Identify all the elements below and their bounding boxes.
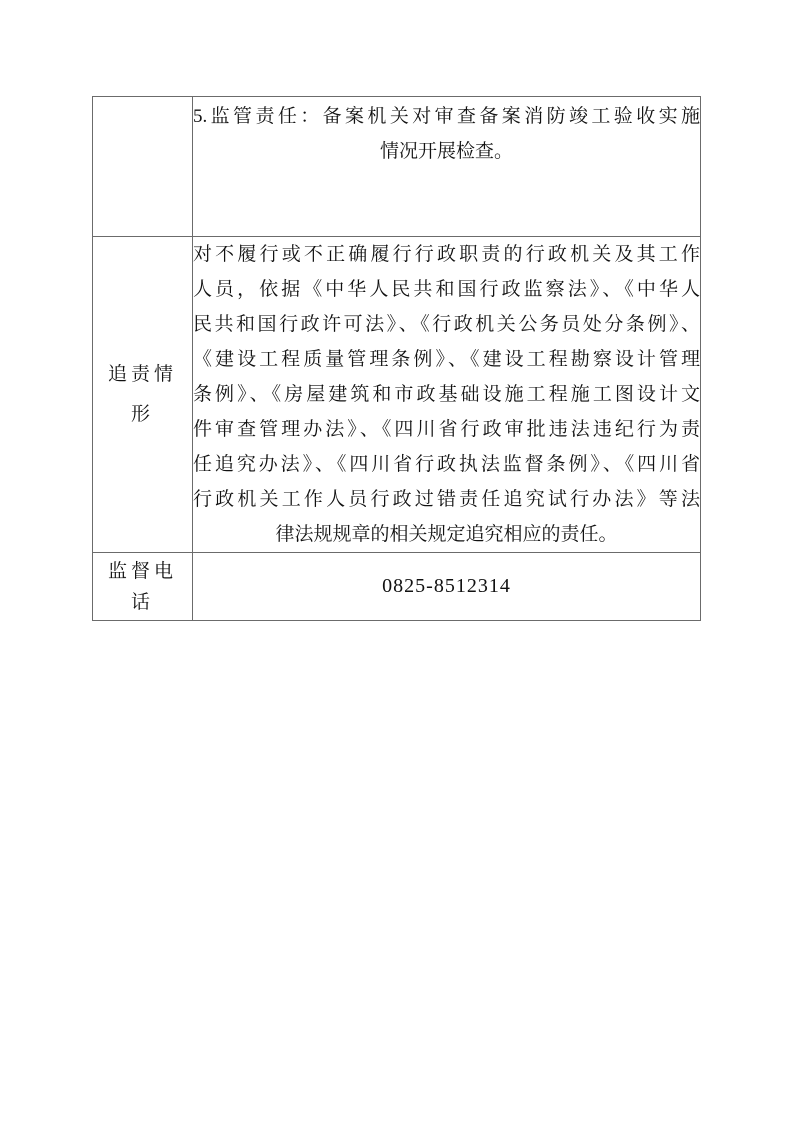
supervision-phone-number: 0825-8512314 — [193, 575, 700, 598]
table-row-phone: 监督电话 0825-8512314 — [93, 553, 701, 621]
cell-regulation-label — [93, 97, 193, 237]
row-label: 追责情形 — [104, 355, 182, 435]
row-label: 监督电话 — [104, 556, 182, 618]
table-row-accountability: 追责情形 对不履行或不正确履行行政职责的行政机关及其工作 人员，依据《中华人民共… — [93, 237, 701, 553]
text-line: 民共和国行政许可法》、《行政机关公务员处分条例》、 — [193, 307, 700, 342]
text-line: 律法规规章的相关规定追究相应的责任。 — [193, 517, 700, 552]
cell-phone-value: 0825-8512314 — [193, 553, 701, 621]
text-line: 《建设工程质量管理条例》、《建设工程勘察设计管理 — [193, 342, 700, 377]
text-line: 行政机关工作人员行政过错责任追究试行办法》等法 — [193, 482, 700, 517]
cell-phone-label: 监督电话 — [93, 553, 193, 621]
text-line: 对不履行或不正确履行行政职责的行政机关及其工作 — [193, 237, 700, 272]
cell-regulation-content: 5.监管责任：备案机关对审查备案消防竣工验收实施 情况开展检查。 — [193, 97, 701, 237]
document-page: 5.监管责任：备案机关对审查备案消防竣工验收实施 情况开展检查。 追责情形 对不… — [0, 0, 793, 1122]
text-line: 件审查管理办法》、《四川省行政审批违法违纪行为责 — [193, 412, 700, 447]
cell-accountability-content: 对不履行或不正确履行行政职责的行政机关及其工作 人员，依据《中华人民共和国行政监… — [193, 237, 701, 553]
text-line: 任追究办法》、《四川省行政执法监督条例》、《四川省 — [193, 447, 700, 482]
text-line: 5.监管责任：备案机关对审查备案消防竣工验收实施 — [193, 99, 700, 134]
text-line: 条例》、《房屋建筑和市政基础设施工程施工图设计文 — [193, 377, 700, 412]
cell-accountability-label: 追责情形 — [93, 237, 193, 553]
table-row-regulation: 5.监管责任：备案机关对审查备案消防竣工验收实施 情况开展检查。 — [93, 97, 701, 237]
responsibility-table: 5.监管责任：备案机关对审查备案消防竣工验收实施 情况开展检查。 追责情形 对不… — [92, 96, 701, 621]
text-line: 人员，依据《中华人民共和国行政监察法》、《中华人 — [193, 272, 700, 307]
text-line: 情况开展检查。 — [193, 134, 700, 169]
